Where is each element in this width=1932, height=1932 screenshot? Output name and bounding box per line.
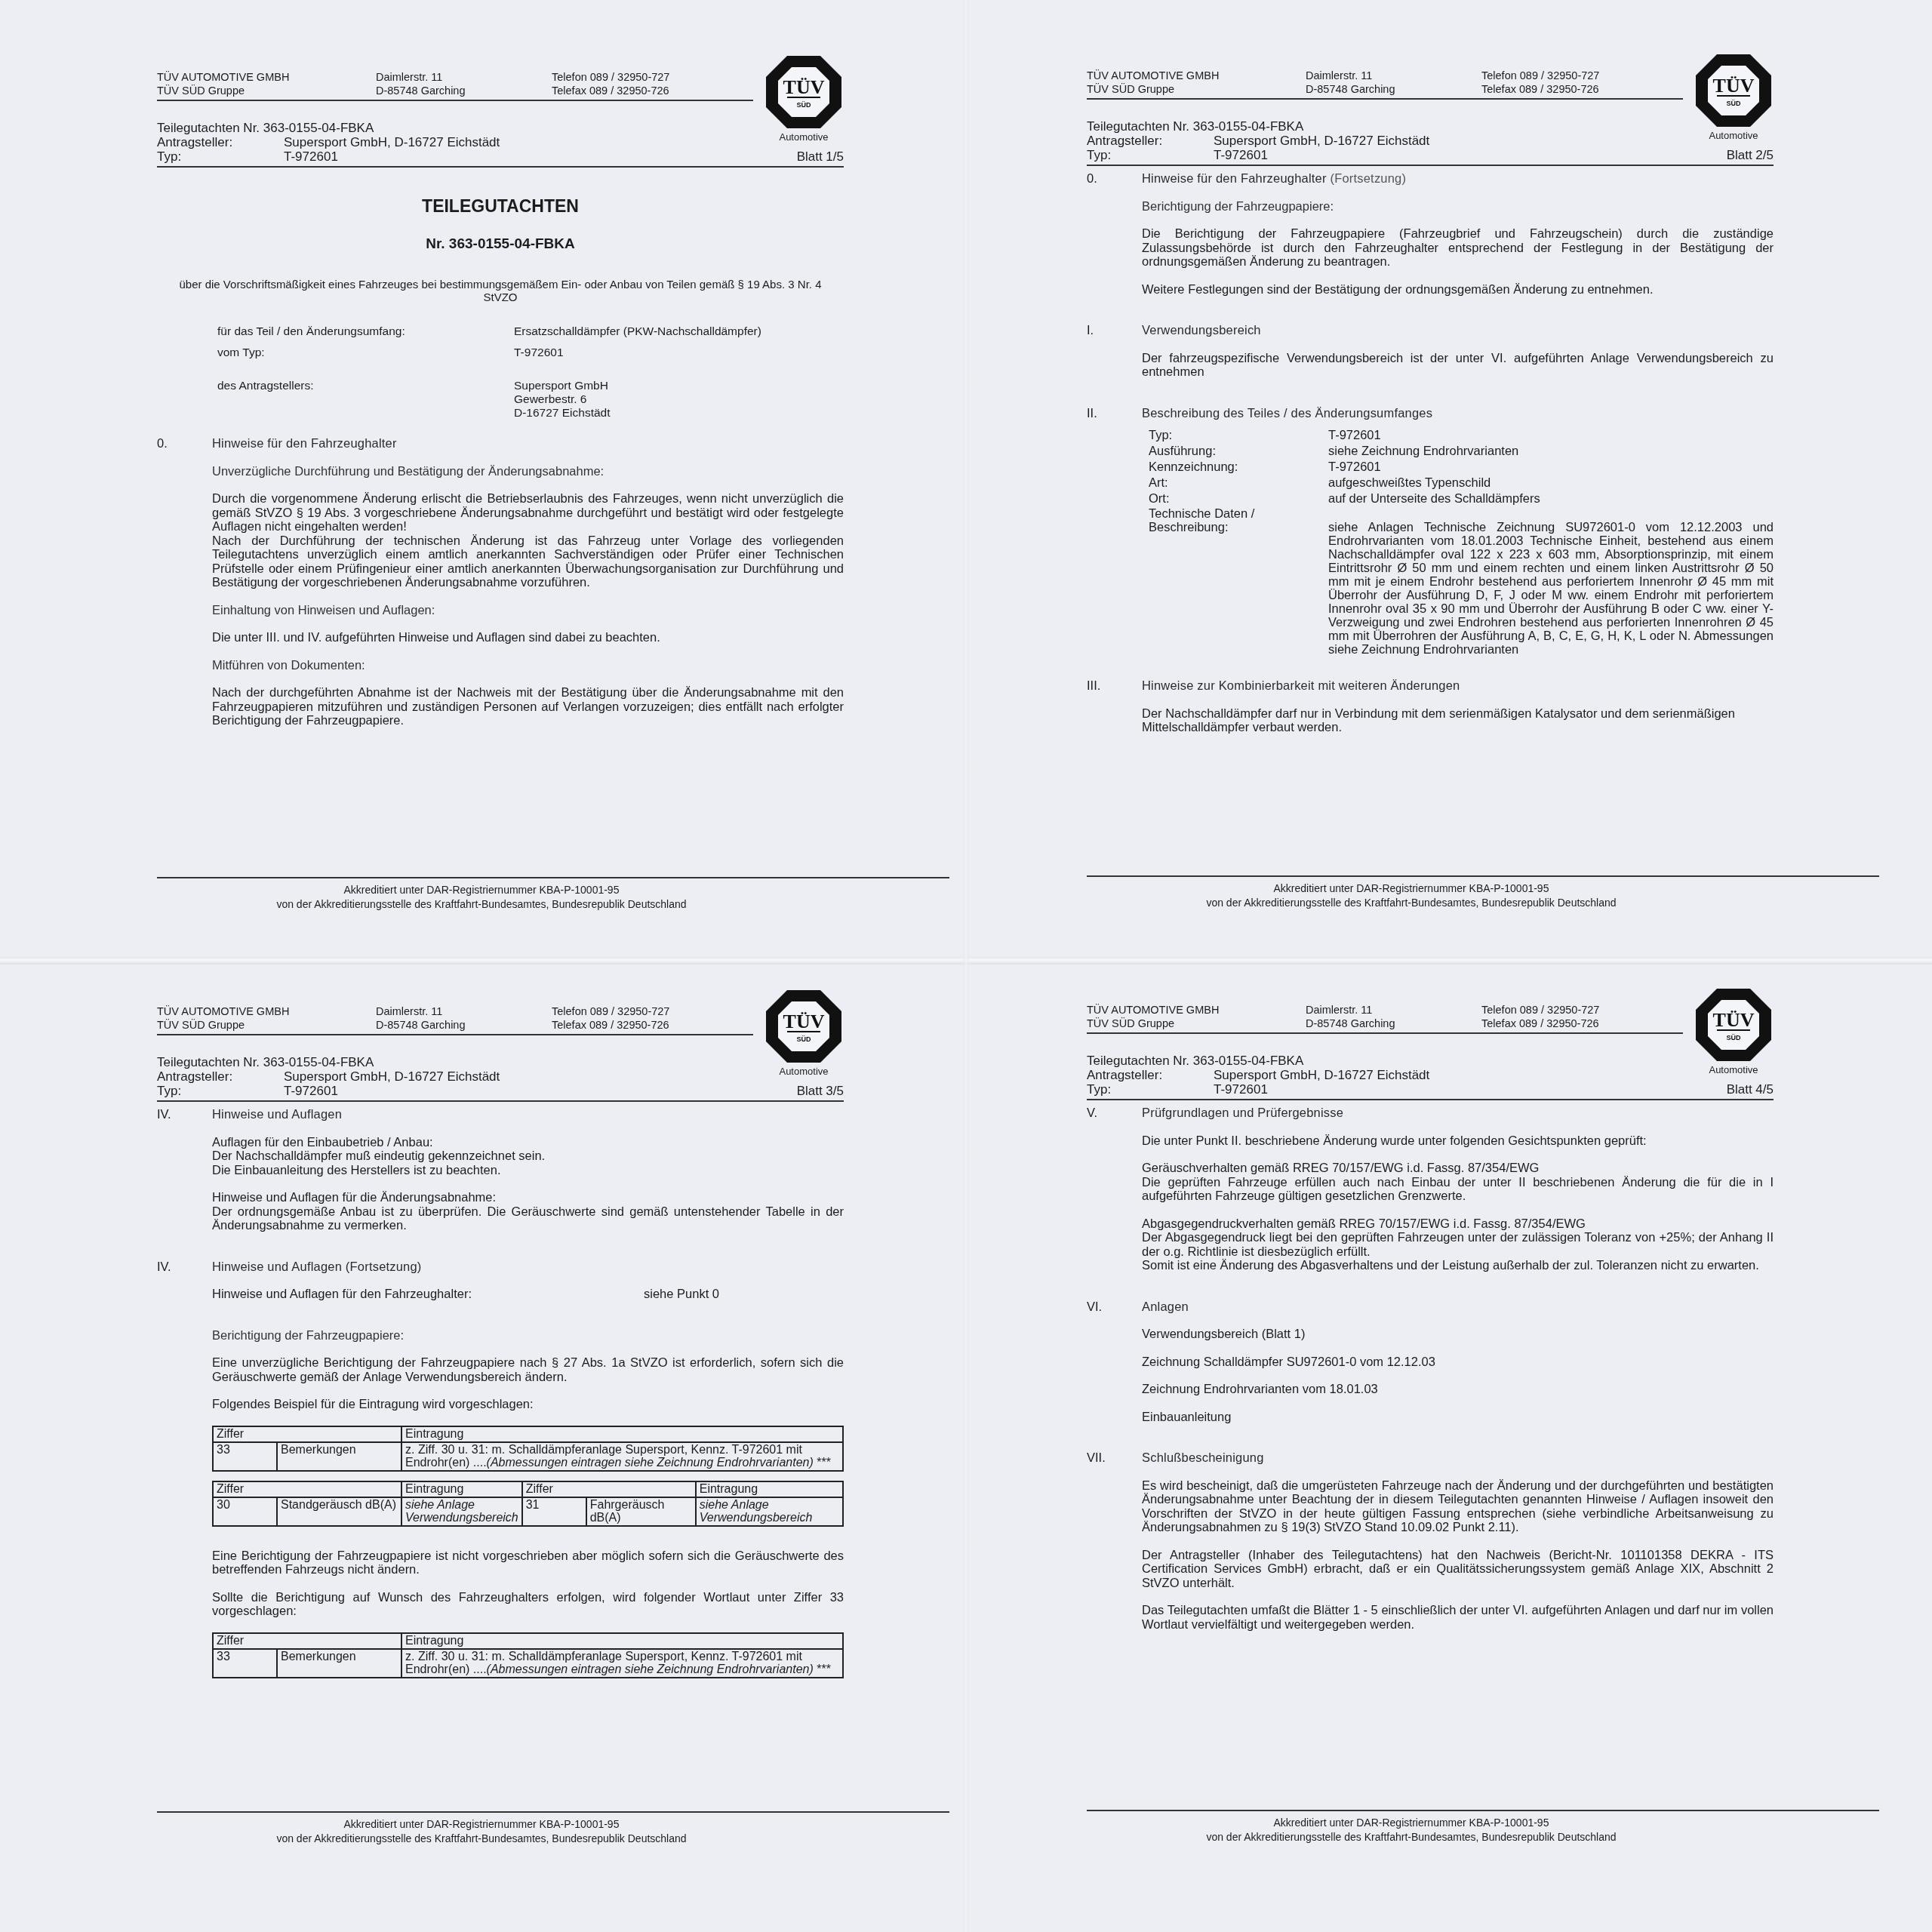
accreditation-line-2: von der Akkreditierungsstelle des Kraftf… <box>1087 896 1736 910</box>
fax: Telefax 089 / 32950-726 <box>552 85 669 98</box>
type-value: T-972601 <box>284 149 338 164</box>
accreditation-line-2: von der Akkreditierungsstelle des Kraftf… <box>1087 1830 1736 1844</box>
fax: Telefax 089 / 32950-726 <box>552 1019 669 1032</box>
paragraph: Durch die vorgenommene Änderung erlischt… <box>212 492 844 534</box>
header-rule <box>1087 98 1683 100</box>
sheet-2: TÜV AUTOMOTIVE GMBHTÜV SÜD Gruppe Daimle… <box>1087 53 1879 958</box>
page-footer: Akkreditiert unter DAR-Registriernummer … <box>1087 875 1879 910</box>
doc-number: Nr. 363-0155-04-FBKA <box>157 238 844 252</box>
paragraph: Eine Berichtigung der Fahrzeugpapiere is… <box>212 1549 844 1577</box>
field-label: des Antragstellers: <box>217 380 514 420</box>
svg-text:TÜV: TÜV <box>783 1011 825 1032</box>
street: Daimlerstr. 11 <box>376 1005 466 1019</box>
report-meta: Teilegutachten Nr. 363-0155-04-FBKA Antr… <box>157 121 844 164</box>
subheading: Hinweise und Auflagen für die Änderungsa… <box>212 1191 844 1205</box>
accreditation-line-1: Akkreditiert unter DAR-Registriernummer … <box>1087 881 1736 896</box>
applicant-value: Supersport GmbH, D-16727 Eichstädt <box>284 1069 500 1084</box>
company-name: TÜV AUTOMOTIVE GMBH <box>1087 69 1219 83</box>
company-group: TÜV SÜD Gruppe <box>1087 83 1219 97</box>
accreditation-line-1: Akkreditiert unter DAR-Registriernummer … <box>157 883 806 897</box>
city: D-85748 Garching <box>1306 1017 1395 1031</box>
report-number: Teilegutachten Nr. 363-0155-04-FBKA <box>1087 1054 1774 1068</box>
header-rule-bottom <box>157 166 844 168</box>
tuv-octagon-icon: TÜV SÜD <box>1694 987 1773 1063</box>
field-value: Supersport GmbH Gewerbestr. 6 D-16727 Ei… <box>514 380 611 420</box>
section-7: VII.Schlußbescheinigung <box>1087 1451 1774 1466</box>
desc-field: Art:aufgeschweißtes Typenschild <box>1149 475 1774 491</box>
company-name: TÜV AUTOMOTIVE GMBH <box>157 1005 289 1019</box>
field-part: für das Teil / den Änderungsumfang:Ersat… <box>217 325 844 339</box>
section-2: II.Beschreibung des Teiles / des Änderun… <box>1087 407 1774 421</box>
type-value: T-972601 <box>284 1084 338 1098</box>
section-0: 0.Hinweise für den Fahrzeughalter <box>157 437 844 451</box>
page-header: TÜV AUTOMOTIVE GMBHTÜV SÜD Gruppe Daimle… <box>157 989 949 1102</box>
entry-table-1: ZifferEintragung 33Bemerkungenz. Ziff. 3… <box>212 1426 844 1472</box>
paper-fold-vertical <box>963 0 969 1932</box>
tuv-octagon-icon: TÜV SÜD <box>764 54 843 130</box>
paragraph: Weitere Festlegungen sind der Bestätigun… <box>1142 283 1774 297</box>
paragraph: Der fahrzeugspezifische Verwendungsberei… <box>1142 352 1774 380</box>
attachment-item: Zeichnung Schalldämpfer SU972601-0 vom 1… <box>1142 1355 1774 1370</box>
doc-title: TEILEGUTACHTEN <box>157 199 844 214</box>
sheet-number: Blatt 4/5 <box>1727 1082 1774 1097</box>
header-rule-bottom <box>1087 1099 1774 1100</box>
paragraph: Die Berichtigung der Fahrzeugpapiere (Fa… <box>1142 227 1774 269</box>
report-number: Teilegutachten Nr. 363-0155-04-FBKA <box>157 1055 844 1069</box>
type-label: Typ: <box>157 1084 284 1098</box>
accreditation-line-1: Akkreditiert unter DAR-Registriernummer … <box>157 1817 806 1832</box>
section-1: I.Verwendungsbereich <box>1087 324 1774 338</box>
sheet-1: TÜV AUTOMOTIVE GMBHTÜV SÜD Gruppe Daimle… <box>157 54 949 960</box>
tuv-octagon-icon: TÜV SÜD <box>764 989 843 1064</box>
section-3: III.Hinweise zur Kombinierbarkeit mit we… <box>1087 679 1774 694</box>
header-rule <box>157 1034 753 1035</box>
applicant-label: Antragsteller: <box>157 135 284 149</box>
subheading: Mitführen von Dokumenten: <box>212 659 844 673</box>
accreditation-line-2: von der Akkreditierungsstelle des Kraftf… <box>157 897 806 912</box>
company-group: TÜV SÜD Gruppe <box>1087 1017 1219 1031</box>
field-value: T-972601 <box>514 346 564 360</box>
city: D-85748 Garching <box>376 1019 466 1032</box>
accreditation-line-2: von der Akkreditierungsstelle des Kraftf… <box>157 1832 806 1846</box>
paragraph: Nach der Durchführung der technischen Än… <box>212 534 844 590</box>
paragraph: Der Antragsteller (Inhaber des Teileguta… <box>1142 1549 1774 1591</box>
paragraph: Eine unverzügliche Berichtigung der Fahr… <box>212 1356 844 1384</box>
report-number: Teilegutachten Nr. 363-0155-04-FBKA <box>1087 119 1774 134</box>
svg-text:TÜV: TÜV <box>1713 1009 1755 1031</box>
svg-text:TÜV: TÜV <box>783 76 825 98</box>
svg-text:TÜV: TÜV <box>1713 75 1755 97</box>
report-meta: Teilegutachten Nr. 363-0155-04-FBKA Antr… <box>157 1055 844 1098</box>
company-group: TÜV SÜD Gruppe <box>157 1019 289 1032</box>
svg-text:SÜD: SÜD <box>796 1035 811 1043</box>
page-footer: Akkreditiert unter DAR-Registriernummer … <box>157 1811 949 1846</box>
applicant-value: Supersport GmbH, D-16727 Eichstädt <box>1214 134 1429 148</box>
company-group: TÜV SÜD Gruppe <box>157 85 289 98</box>
desc-field: Ausführung:siehe Zeichnung Endrohrvarian… <box>1149 444 1774 460</box>
sheet-number: Blatt 2/5 <box>1727 148 1774 162</box>
subheading: Berichtigung der Fahrzeugpapiere: <box>212 1329 844 1343</box>
svg-text:SÜD: SÜD <box>1726 1034 1741 1041</box>
applicant-value: Supersport GmbH, D-16727 Eichstädt <box>284 135 500 149</box>
paragraph: Das Teilegutachten umfaßt die Blätter 1 … <box>1142 1604 1774 1632</box>
footer-rule <box>1087 875 1879 877</box>
page-header: TÜV AUTOMOTIVE GMBHTÜV SÜD Gruppe Daimle… <box>1087 53 1879 166</box>
header-rule-bottom <box>157 1100 844 1102</box>
desc-field: Typ:T-972601 <box>1149 428 1774 444</box>
field-applicant: des Antragstellers:Supersport GmbH Gewer… <box>217 380 844 420</box>
holder-note: Hinweise und Auflagen für den Fahrzeugha… <box>212 1287 844 1302</box>
phone: Telefon 089 / 32950-727 <box>1481 1004 1599 1017</box>
header-rule-bottom <box>1087 165 1774 166</box>
fax: Telefax 089 / 32950-726 <box>1481 1017 1599 1031</box>
company-name: TÜV AUTOMOTIVE GMBH <box>1087 1004 1219 1017</box>
attachment-item: Zeichnung Endrohrvarianten vom 18.01.03 <box>1142 1383 1774 1397</box>
accreditation-line-1: Akkreditiert unter DAR-Registriernummer … <box>1087 1816 1736 1830</box>
field-value: Ersatzschalldämpfer (PKW-Nachschalldämpf… <box>514 325 761 339</box>
paragraph: Nach der durchgeführten Abnahme ist der … <box>212 686 844 728</box>
paragraph: Der Nachschalldämpfer darf nur in Verbin… <box>1142 707 1774 735</box>
type-value: T-972601 <box>1214 148 1268 162</box>
subheading: Einhaltung von Hinweisen und Auflagen: <box>212 604 844 618</box>
attachment-item: Verwendungsbereich (Blatt 1) <box>1142 1327 1774 1342</box>
paragraph: Der ordnungsgemäße Anbau ist zu überprüf… <box>212 1205 844 1233</box>
header-rule <box>157 100 753 101</box>
page-header: TÜV AUTOMOTIVE GMBHTÜV SÜD Gruppe Daimle… <box>1087 987 1879 1100</box>
desc-field: Kennzeichnung:T-972601 <box>1149 460 1774 475</box>
entry-table-3: ZifferEintragung 33Bemerkungenz. Ziff. 3… <box>212 1632 844 1678</box>
phone: Telefon 089 / 32950-727 <box>552 71 669 85</box>
svg-text:SÜD: SÜD <box>1726 100 1741 107</box>
paragraph: Die unter Punkt II. beschriebene Änderun… <box>1142 1134 1774 1149</box>
svg-text:SÜD: SÜD <box>796 101 811 109</box>
footer-rule <box>1087 1810 1879 1811</box>
tuv-octagon-icon: TÜV SÜD <box>1694 53 1773 128</box>
paragraph: Es wird bescheinigt, daß die umgerüstete… <box>1142 1479 1774 1535</box>
attachment-item: Einbauanleitung <box>1142 1411 1774 1425</box>
footer-rule <box>157 877 949 878</box>
applicant-value: Supersport GmbH, D-16727 Eichstädt <box>1214 1068 1429 1082</box>
desc-field-technical: Technische Daten / Beschreibung:siehe An… <box>1149 507 1774 657</box>
page-footer: Akkreditiert unter DAR-Registriernummer … <box>1087 1810 1879 1844</box>
section-4-cont: IV.Hinweise und Auflagen (Fortsetzung) <box>157 1260 844 1275</box>
street: Daimlerstr. 11 <box>376 71 466 85</box>
field-label: vom Typ: <box>217 346 514 360</box>
applicant-label: Antragsteller: <box>1087 1068 1214 1082</box>
phone: Telefon 089 / 32950-727 <box>1481 69 1599 83</box>
footer-rule <box>157 1811 949 1813</box>
section-5: V.Prüfgrundlagen und Prüfergebnisse <box>1087 1106 1774 1121</box>
doc-intro: über die Vorschriftsmäßigkeit eines Fahr… <box>157 278 844 304</box>
subheading: Berichtigung der Fahrzeugpapiere: <box>1142 200 1774 214</box>
type-label: Typ: <box>157 149 284 164</box>
section-4: IV.Hinweise und Auflagen <box>157 1108 844 1122</box>
paragraph: Folgendes Beispiel für die Eintragung wi… <box>212 1398 844 1412</box>
applicant-label: Antragsteller: <box>157 1069 284 1084</box>
section-0-cont: 0.Hinweise für den Fahrzeughalter (Forts… <box>1087 172 1774 186</box>
street: Daimlerstr. 11 <box>1306 69 1395 83</box>
type-value: T-972601 <box>1214 1082 1268 1097</box>
page-header: TÜV AUTOMOTIVE GMBHTÜV SÜD Gruppe Daimle… <box>157 54 949 168</box>
phone: Telefon 089 / 32950-727 <box>552 1005 669 1019</box>
sheet-number: Blatt 3/5 <box>797 1084 844 1098</box>
report-number: Teilegutachten Nr. 363-0155-04-FBKA <box>157 121 844 135</box>
paragraph: Die unter III. und IV. aufgeführten Hinw… <box>212 631 844 645</box>
type-label: Typ: <box>1087 1082 1214 1097</box>
page-footer: Akkreditiert unter DAR-Registriernummer … <box>157 877 949 912</box>
sheet-3: TÜV AUTOMOTIVE GMBHTÜV SÜD Gruppe Daimle… <box>157 989 949 1894</box>
applicant-label: Antragsteller: <box>1087 134 1214 148</box>
subheading: Unverzügliche Durchführung und Bestätigu… <box>212 465 844 479</box>
field-label: für das Teil / den Änderungsumfang: <box>217 325 514 339</box>
entry-table-2: ZifferEintragungZifferEintragung 30Stand… <box>212 1481 844 1527</box>
report-meta: Teilegutachten Nr. 363-0155-04-FBKA Antr… <box>1087 119 1774 162</box>
city: D-85748 Garching <box>376 85 466 98</box>
report-meta: Teilegutachten Nr. 363-0155-04-FBKA Antr… <box>1087 1054 1774 1097</box>
sheet-4: TÜV AUTOMOTIVE GMBHTÜV SÜD Gruppe Daimle… <box>1087 987 1879 1893</box>
field-type: vom Typ:T-972601 <box>217 346 844 360</box>
paragraph: Die geprüften Fahrzeuge erfüllen auch na… <box>1142 1176 1774 1204</box>
section-6: VI.Anlagen <box>1087 1300 1774 1315</box>
installer-requirements: Auflagen für den Einbaubetrieb / Anbau: … <box>212 1136 844 1178</box>
sheet-number: Blatt 1/5 <box>797 149 844 164</box>
header-rule <box>1087 1032 1683 1034</box>
subheading: Geräuschverhalten gemäß RREG 70/157/EWG … <box>1142 1161 1774 1176</box>
company-name: TÜV AUTOMOTIVE GMBH <box>157 71 289 85</box>
subheading: Abgasgegendruckverhalten gemäß RREG 70/1… <box>1142 1217 1774 1232</box>
paragraph: Sollte die Berichtigung auf Wunsch des F… <box>212 1591 844 1619</box>
city: D-85748 Garching <box>1306 83 1395 97</box>
fax: Telefax 089 / 32950-726 <box>1481 83 1599 97</box>
type-label: Typ: <box>1087 148 1214 162</box>
desc-field: Ort:auf der Unterseite des Schalldämpfer… <box>1149 491 1774 507</box>
paragraph: Somit ist eine Änderung des Abgasverhalt… <box>1142 1259 1774 1273</box>
paragraph: Der Abgasgegendruck liegt bei den geprüf… <box>1142 1231 1774 1259</box>
street: Daimlerstr. 11 <box>1306 1004 1395 1017</box>
